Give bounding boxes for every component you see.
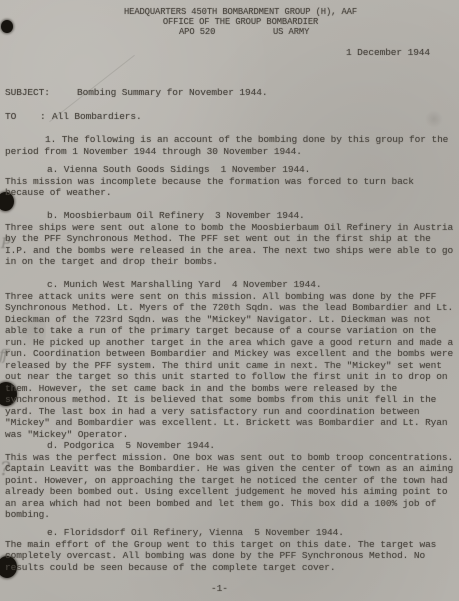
subject-label: SUBJECT: — [5, 87, 77, 99]
to-value: All Bombardiers. — [52, 111, 142, 122]
mission-heading: b. Moosbierbaum Oil Refinery 3 November … — [47, 210, 454, 222]
mission-paragraph-a: a. Vienna South Goods Sidings 1 November… — [5, 164, 454, 199]
page-number: -1- — [211, 583, 228, 595]
letterhead-line-3: APO 520 US ARMY — [11, 27, 459, 37]
subject-value: Bombing Summary for November 1944. — [77, 87, 267, 98]
mission-heading: a. Vienna South Goods Sidings 1 November… — [47, 164, 454, 176]
letterhead-line-2: OFFICE OF THE GROUP BOMBARDIER — [11, 17, 459, 27]
mission-paragraph-b: b. Moosbierbaum Oil Refinery 3 November … — [5, 210, 454, 268]
mission-paragraph-e: e. Floridsdorf Oil Refinery, Vienna 5 No… — [5, 527, 454, 573]
mission-heading: e. Floridsdorf Oil Refinery, Vienna 5 No… — [47, 527, 454, 539]
mission-body: This mission was incomplete because the … — [5, 176, 454, 199]
mission-paragraph-d: d. Podgorica 5 November 1944. This was t… — [5, 440, 454, 521]
mission-heading: c. Munich West Marshalling Yard 4 Novemb… — [47, 279, 454, 291]
to-line: TO:All Bombardiers. — [5, 111, 455, 123]
army-label: US ARMY — [273, 27, 309, 37]
mission-body: This was the perfect mission. One box wa… — [5, 452, 454, 521]
to-label: TO — [5, 111, 40, 123]
to-colon: : — [40, 111, 52, 123]
apo-number: APO 520 — [179, 27, 215, 37]
scanned-document-page: P ff ? HEADQUARTERS 450TH BOMBARDMENT GR… — [0, 0, 459, 601]
document-date: 1 December 1944 — [346, 47, 430, 59]
mission-body: Three ships were sent out alone to bomb … — [5, 222, 454, 268]
letterhead-line-1: HEADQUARTERS 450TH BOMBARDMENT GROUP (H)… — [11, 7, 459, 17]
mission-body: Three attack units were sent on this mis… — [5, 291, 454, 441]
mission-paragraph-c: c. Munich West Marshalling Yard 4 Novemb… — [5, 279, 454, 440]
mission-heading: d. Podgorica 5 November 1944. — [47, 440, 454, 452]
intro-paragraph: 1. The following is an account of the bo… — [5, 134, 453, 157]
letterhead: HEADQUARTERS 450TH BOMBARDMENT GROUP (H)… — [11, 7, 459, 37]
subject-line: SUBJECT:Bombing Summary for November 194… — [5, 87, 455, 99]
mission-body: The main effort of the Group went to thi… — [5, 539, 454, 574]
